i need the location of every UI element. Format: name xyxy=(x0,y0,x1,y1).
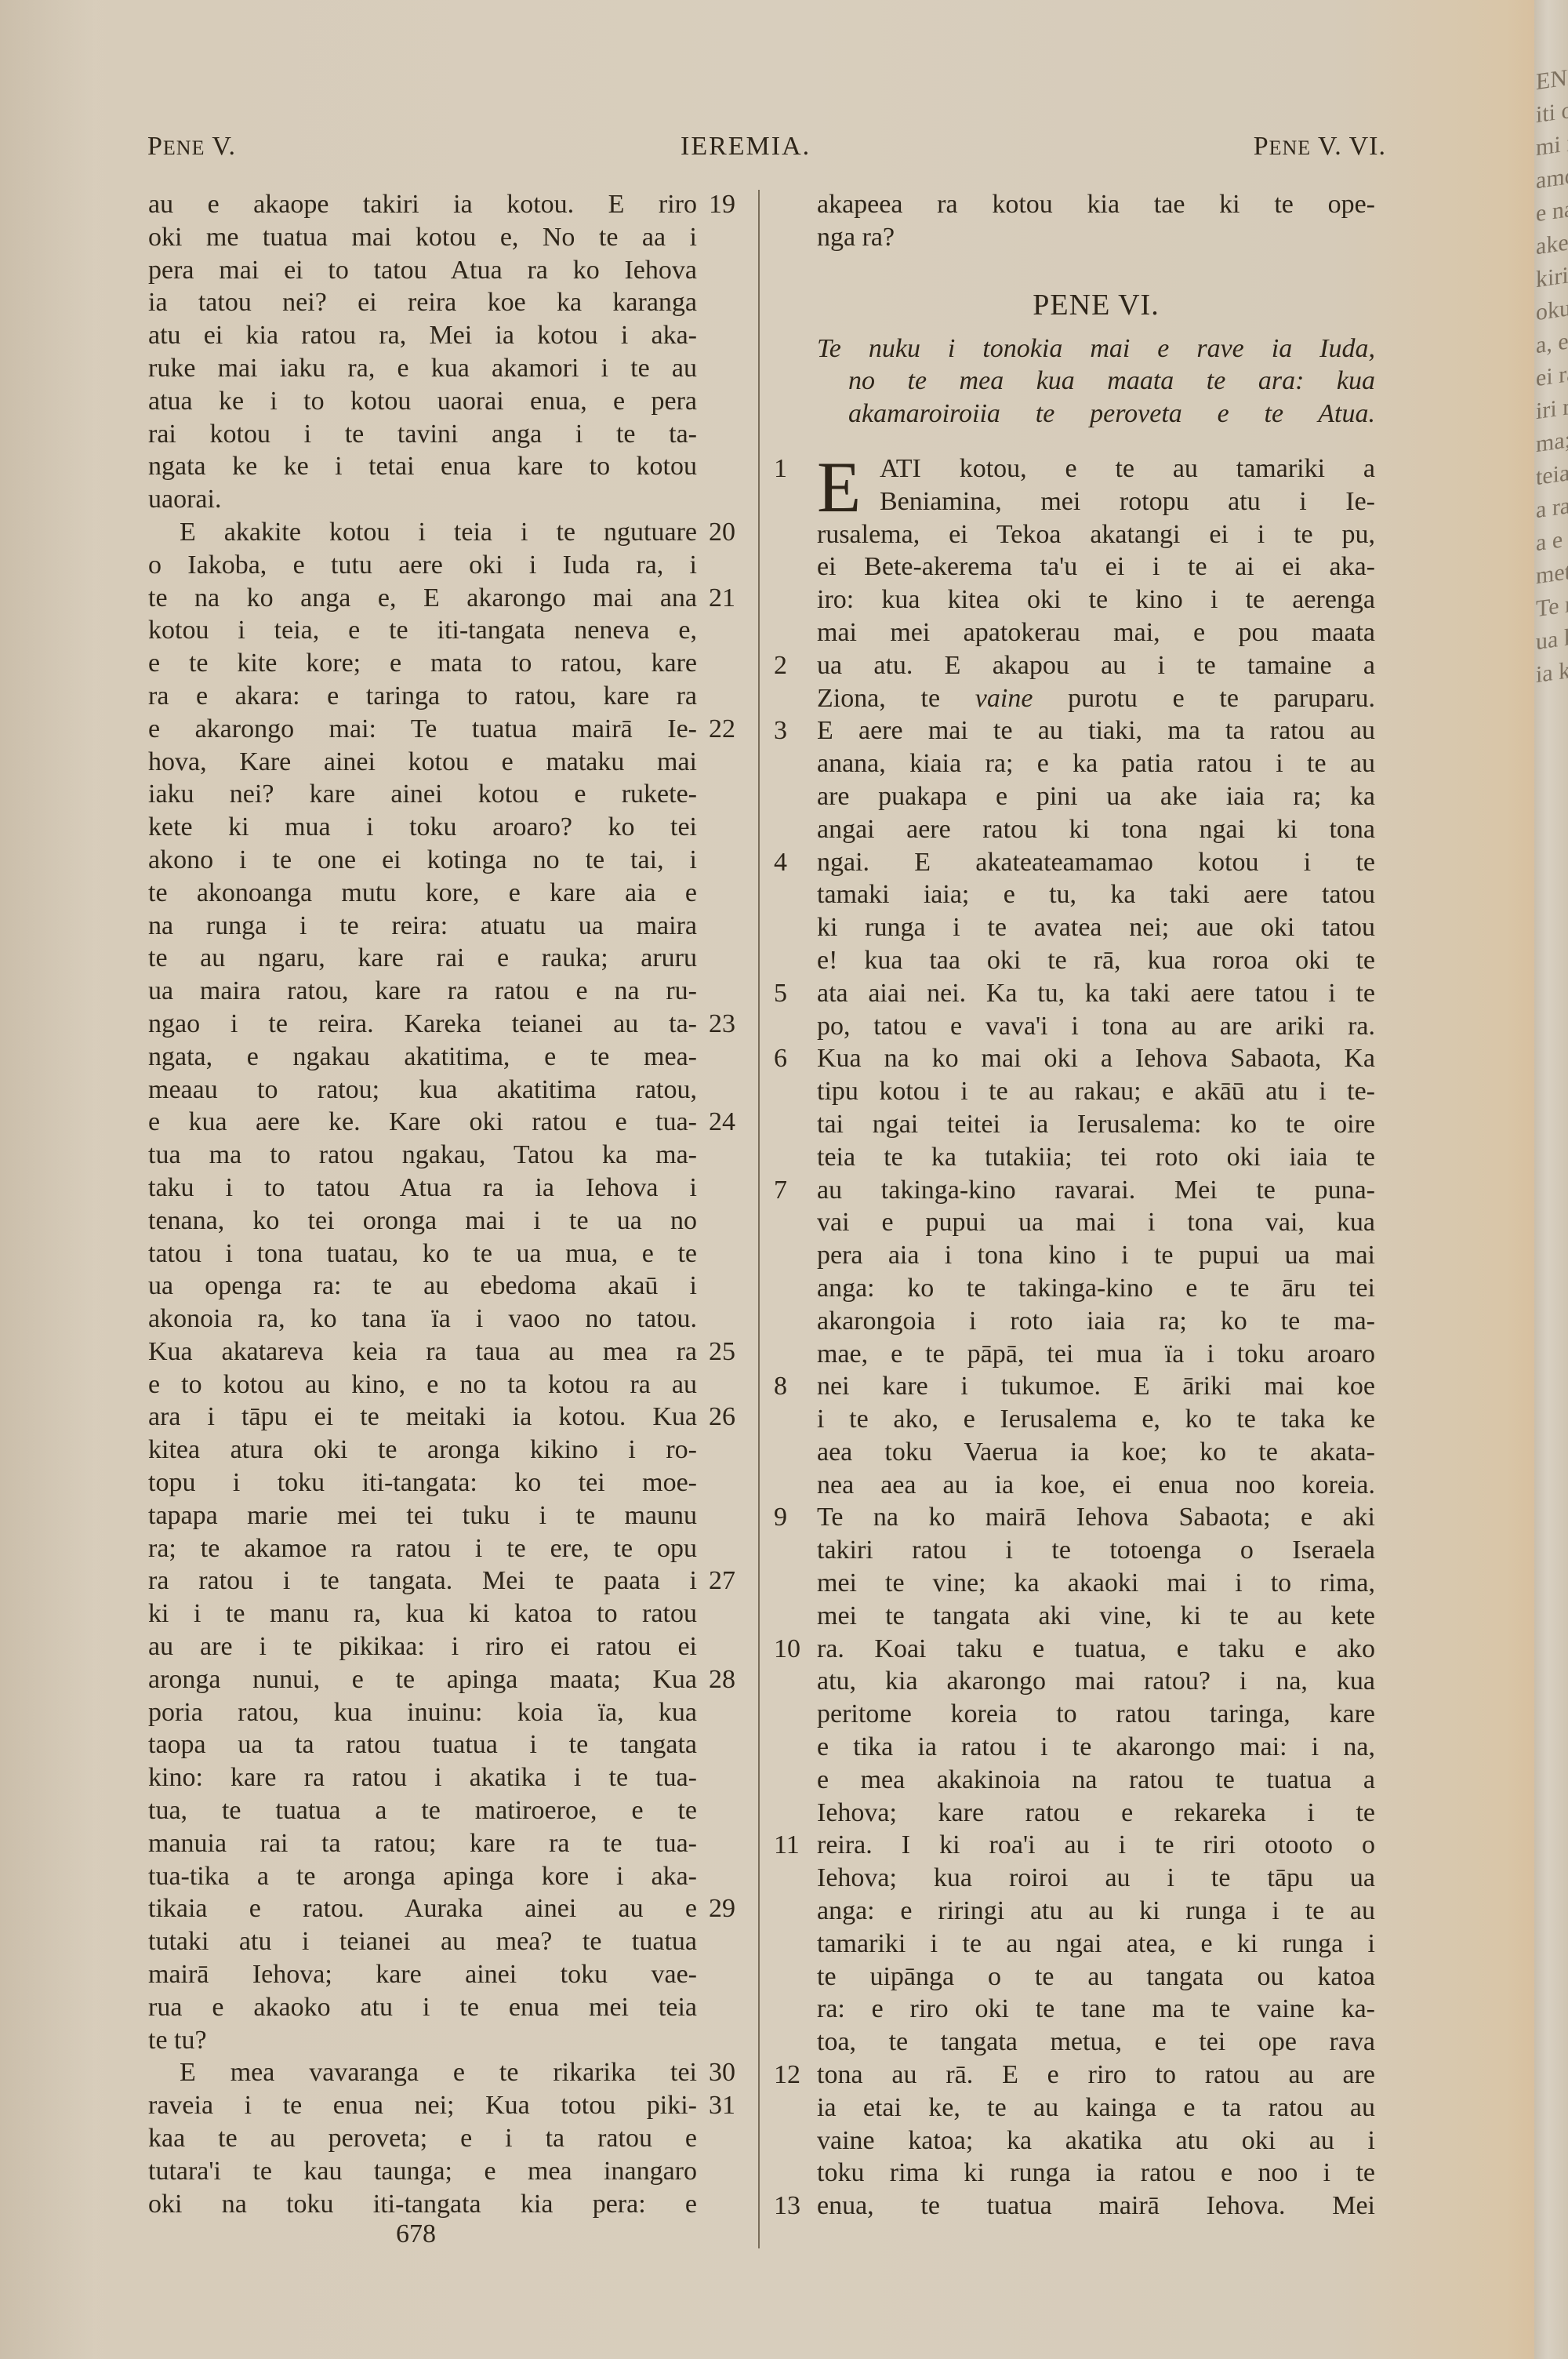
line-text: taku i to tatou Atua ra ia Iehova i xyxy=(148,1173,697,1202)
text-line: ngata ke ke i tetai enua kare to kotou xyxy=(148,450,697,483)
text-line: akonoia ra, ko tana ïa i vaoo no tatou. xyxy=(148,1303,697,1336)
chapter-6-verses: rusalema, ei Tekoa akatangi ei i te pu,e… xyxy=(817,518,1375,2223)
line-text: ra ratou i te tangata. Mei te paata i xyxy=(148,1566,697,1595)
text-line: o Iakoba, e tutu aere oki i Iuda ra, i xyxy=(148,549,697,582)
text-line: nea aea au ia koe, ei enua noo koreia. xyxy=(817,1469,1375,1502)
line-text: ei Bete-akerema ta'u ei i te ai ei aka- xyxy=(817,552,1375,581)
text-line: oki me tuatua mai kotou e, No te aa i xyxy=(148,221,697,254)
text-line: ruke mai iaku ra, e kua akamori i te au xyxy=(148,352,697,385)
line-text: vai e pupui ua mai i tona vai, kua xyxy=(817,1208,1375,1237)
chapter-5-ending: akapeea ra kotou kia tae ki te ope-nga r… xyxy=(817,188,1375,254)
text-line: uaorai. xyxy=(148,483,697,516)
text-line: Te na ko mairā Iehova Sabaota; e aki9 xyxy=(817,1501,1375,1534)
line-text: e mea akakinoia na ratou te tuatua a xyxy=(817,1765,1375,1794)
line-text: tapapa marie mei tei tuku i te maunu xyxy=(148,1501,697,1530)
line-text: atu ei kia ratou ra, Mei ia kotou i aka- xyxy=(148,321,697,350)
line-text: pera mai ei to tatou Atua ra ko Iehova xyxy=(148,256,697,285)
line-text: raveia i te enua nei; Kua totou piki- xyxy=(148,2091,697,2120)
verse-number: 24 xyxy=(709,1106,735,1139)
text-line: ra e akara: e taringa to ratou, kare ra xyxy=(148,680,697,713)
line-text: E akakite kotou i teia i te ngutuare xyxy=(180,518,697,547)
line-text: ngai. E akateateamamao kotou i te xyxy=(817,848,1375,877)
text-line: te na ko anga e, E akarongo mai ana21 xyxy=(148,582,697,615)
line-text: ngata ke ke i tetai enua kare to kotou xyxy=(148,452,697,481)
text-line: tua-tika a te aronga apinga kore i aka- xyxy=(148,1860,697,1893)
line-text: teia te ka tutakiia; tei roto oki iaia t… xyxy=(817,1143,1375,1172)
text-line: hova, Kare ainei kotou e mataku mai xyxy=(148,746,697,779)
text-line: ngata, e ngakau akatitima, e te mea- xyxy=(148,1041,697,1074)
text-line: kino: kare ra ratou i akatika i te tua- xyxy=(148,1761,697,1794)
line-text: kitea atura oki te aronga kikino i ro- xyxy=(148,1435,697,1464)
text-line: taopa ua ta ratou tuatua i te tangata xyxy=(148,1728,697,1761)
verse-number: 4 xyxy=(774,846,787,879)
text-line: anga: e riringi atu au ki runga i te au xyxy=(817,1895,1375,1928)
text-line: oki na toku iti-tangata kia pera: e xyxy=(148,2188,697,2221)
text-line: e te kite kore; e mata to ratou, kare xyxy=(148,647,697,680)
summary-line: no te mea kua maata te ara: kua xyxy=(817,365,1375,398)
text-line: E aere mai te au tiaki, ma ta ratou au3 xyxy=(817,714,1375,747)
line-text: Te na ko mairā Iehova Sabaota; e aki xyxy=(817,1503,1375,1532)
text-line: nei kare i tukumoe. E āriki mai koe8 xyxy=(817,1370,1375,1403)
line-text: rusalema, ei Tekoa akatangi ei i te pu, xyxy=(817,520,1375,549)
line-text: aronga nunui, e te apinga maata; Kua xyxy=(148,1665,697,1694)
line-text: poria ratou, kua inuinu: koia ïa, kua xyxy=(148,1698,697,1727)
text-line: reira. I ki roa'i au i te riri otooto o1… xyxy=(817,1829,1375,1862)
text-line: tamaki iaia; e tu, ka taki aere tatou xyxy=(817,878,1375,911)
summary-line: Te nuku i tonokia mai e rave ia Iuda, xyxy=(817,333,1375,365)
line-text: atu, kia akarongo mai ratou? i na, kua xyxy=(817,1667,1375,1696)
verse-number: 22 xyxy=(709,713,735,746)
text-line: ra; te akamoe ra ratou i te ere, te opu xyxy=(148,1532,697,1565)
text-line: tatou i tona tuatau, ko te ua mua, e te xyxy=(148,1238,697,1270)
line-text: tona au rā. E e riro to ratou au are xyxy=(817,2060,1375,2089)
text-line: are puakapa e pini ua ake iaia ra; ka xyxy=(817,780,1375,813)
running-head: PENE V. IEREMIA. PENE V. VI. xyxy=(147,132,1386,171)
line-text: ngao i te reira. Kareka teianei au ta- xyxy=(148,1009,697,1038)
text-line: te tu? xyxy=(148,2024,697,2057)
line-text: e kua aere ke. Kare oki ratou e tua- xyxy=(148,1107,697,1136)
text-line: ATI kotou, e te au tamariki a xyxy=(817,453,1375,485)
text-line: ra. Koai taku e tuatua, e taku e ako10 xyxy=(817,1633,1375,1666)
line-text: au e akaope takiri ia kotou. E riro xyxy=(148,190,697,219)
verse-number: 30 xyxy=(709,2056,735,2089)
line-text: mae, e te pāpā, tei mua ïa i toku aroaro xyxy=(817,1339,1375,1369)
line-text: ra e akara: e taringa to ratou, kare ra xyxy=(148,682,697,711)
line-text: te na ko anga e, E akarongo mai ana xyxy=(148,583,697,612)
line-text: oki me tuatua mai kotou e, No te aa i xyxy=(148,223,697,252)
verse-number: 13 xyxy=(774,2190,800,2223)
line-text: nea aea au ia koe, ei enua noo koreia. xyxy=(817,1470,1375,1499)
text-line: akapeea ra kotou kia tae ki te ope- xyxy=(817,188,1375,221)
text-line: peritome koreia to ratou taringa, kare xyxy=(817,1698,1375,1731)
column-divider xyxy=(758,190,760,2248)
line-text: ua maira ratou, kare ra ratou e na ru- xyxy=(148,976,697,1005)
text-line: i te ako, e Ierusalema e, ko te taka ke xyxy=(817,1403,1375,1436)
line-text: anga: e riringi atu au ki runga i te au xyxy=(817,1896,1375,1925)
line-text: kotou i teia, e te iti-tangata neneva e, xyxy=(148,616,697,645)
line-text: E aere mai te au tiaki, ma ta ratou au xyxy=(817,716,1375,745)
line-text: ua openga ra: te au ebedoma akaū i xyxy=(148,1271,697,1300)
text-line: meaau to ratou; kua akatitima ratou, xyxy=(148,1074,697,1107)
verse-number: 6 xyxy=(774,1042,787,1075)
text-line: atua ke i to kotou uaorai enua, e pera xyxy=(148,385,697,418)
text-line: au takinga-kino ravarai. Mei te puna-7 xyxy=(817,1174,1375,1207)
line-text: tua ma to ratou ngakau, Tatou ka ma- xyxy=(148,1140,697,1169)
line-text: te uipānga o te au tangata ou katoa xyxy=(817,1962,1375,1991)
text-line: anana, kiaia ra; e ka patia ratou i te a… xyxy=(817,747,1375,780)
text-line: angai aere ratou ki tona ngai ki tona xyxy=(817,813,1375,846)
line-text: takiri ratou i te totoenga o Iseraela xyxy=(817,1536,1375,1565)
text-line: Iehova; kua roiroi au i te tāpu ua xyxy=(817,1862,1375,1895)
line-text: Ziona, te vaine purotu e te paruparu. xyxy=(817,684,1375,713)
line-text: tipu kotou i te au rakau; e akāū atu i t… xyxy=(817,1077,1375,1106)
text-line: atu, kia akarongo mai ratou? i na, kua xyxy=(817,1665,1375,1698)
text-line: E mea vavaranga e te rikarika tei30 xyxy=(148,2056,697,2089)
verse-number: 9 xyxy=(774,1501,787,1534)
line-text: toa, te tangata metua, e tei ope rava xyxy=(817,2027,1375,2056)
line-text: rua e akaoko atu i te enua mei teia xyxy=(148,1993,697,2022)
line-text: o Iakoba, e tutu aere oki i Iuda ra, i xyxy=(148,551,697,580)
line-text: nga ra? xyxy=(817,223,895,252)
line-text: e te kite kore; e mata to ratou, kare xyxy=(148,649,697,678)
text-line: pera aia i tona kino i te pupui ua mai xyxy=(817,1239,1375,1272)
text-line: topu i toku iti-tangata: ko tei moe- xyxy=(148,1467,697,1499)
line-text: Kua akatareva keia ra taua au mea ra xyxy=(148,1337,697,1366)
line-text: e! kua taa oki te rā, kua roroa oki te xyxy=(817,946,1375,975)
text-line: ra ratou i te tangata. Mei te paata i27 xyxy=(148,1565,697,1598)
line-text: peritome koreia to ratou taringa, kare xyxy=(817,1699,1375,1728)
next-page-edge: ENE VIiti okimi i camorie na aake i teki… xyxy=(1534,0,1568,2359)
line-text: akono i te one ei kotinga no te tai, i xyxy=(148,845,697,874)
text-line: tenana, ko tei oronga mai i te ua no xyxy=(148,1205,697,1238)
text-line: Iehova; kare ratou e rekareka i te xyxy=(817,1797,1375,1830)
line-text: taopa ua ta ratou tuatua i te tangata xyxy=(148,1730,697,1759)
line-text: ngata, e ngakau akatitima, e te mea- xyxy=(148,1042,697,1071)
text-line: vai e pupui ua mai i tona vai, kua xyxy=(817,1206,1375,1239)
text-line: tua, te tuatua a te matiroeroe, e te xyxy=(148,1794,697,1827)
text-line: na runga i te reira: atuatu ua maira xyxy=(148,910,697,943)
verse-number: 8 xyxy=(774,1370,787,1403)
text-line: tapapa marie mei tei tuku i te maunu xyxy=(148,1499,697,1532)
line-text: iaku nei? kare ainei kotou e rukete- xyxy=(148,780,697,809)
text-line: tona au rā. E e riro to ratou au are12 xyxy=(817,2059,1375,2092)
text-line: Ziona, te vaine purotu e te paruparu. xyxy=(817,682,1375,715)
line-text: e to kotou au kino, e no ta kotou ra au xyxy=(148,1370,697,1399)
text-line: kete ki mua i toku aroaro? ko tei xyxy=(148,811,697,844)
line-text: te tu? xyxy=(148,2026,207,2055)
text-line: ei Bete-akerema ta'u ei i te ai ei aka- xyxy=(817,551,1375,583)
line-text: Iehova; kare ratou e rekareka i te xyxy=(817,1798,1375,1827)
text-line: ia etai ke, te au kainga e ta ratou au xyxy=(817,2092,1375,2125)
line-text: topu i toku iti-tangata: ko tei moe- xyxy=(148,1468,697,1497)
text-line: te au ngaru, kare rai e rauka; aruru xyxy=(148,942,697,975)
text-line: e tika ia ratou i te akarongo mai: i na, xyxy=(817,1731,1375,1764)
text-line: tutaki atu i teianei au mea? te tuatua xyxy=(148,1925,697,1958)
text-line: e! kua taa oki te rā, kua roroa oki te xyxy=(817,944,1375,977)
line-text: are puakapa e pini ua ake iaia ra; ka xyxy=(817,782,1375,811)
text-line: au e akaope takiri ia kotou. E riro19 xyxy=(148,188,697,221)
verse-number: 2 xyxy=(774,649,787,682)
text-line: ara i tāpu ei te meitaki ia kotou. Kua26 xyxy=(148,1401,697,1434)
line-text: Kua na ko mai oki a Iehova Sabaota, Ka xyxy=(817,1044,1375,1073)
left-text-column: au e akaope takiri ia kotou. E riro19oki… xyxy=(148,188,697,2220)
verse-number: 26 xyxy=(709,1401,735,1434)
line-text: ra. Koai taku e tuatua, e taku e ako xyxy=(817,1634,1375,1663)
running-head-right: PENE V. VI. xyxy=(1254,132,1386,162)
text-line: Kua na ko mai oki a Iehova Sabaota, Ka6 xyxy=(817,1042,1375,1075)
line-text: tikaia e ratou. Auraka ainei au e xyxy=(148,1894,697,1923)
line-text: te au ngaru, kare rai e rauka; aruru xyxy=(148,943,697,972)
line-text: po, tatou e vava'i i tona au are ariki r… xyxy=(817,1012,1375,1041)
verse-number: 25 xyxy=(709,1336,735,1369)
text-line: tamariki i te au ngai atea, e ki runga i xyxy=(817,1928,1375,1961)
text-line: rai kotou i te tavini anga i te ta- xyxy=(148,418,697,451)
line-text: e tika ia ratou i te akarongo mai: i na, xyxy=(817,1732,1375,1761)
verse-number: 11 xyxy=(774,1829,800,1862)
text-line: te akonoanga mutu kore, e kare aia e xyxy=(148,877,697,910)
text-line: takiri ratou i te totoenga o Iseraela xyxy=(817,1534,1375,1567)
summary-line: akamaroiroiia te peroveta e te Atua. xyxy=(817,398,1375,431)
text-line: pera mai ei to tatou Atua ra ko Iehova xyxy=(148,254,697,287)
line-text: oki na toku iti-tangata kia pera: e xyxy=(148,2190,697,2219)
text-line: akarongoia i roto iaia ra; ko te ma- xyxy=(817,1305,1375,1338)
text-line: taku i to tatou Atua ra ia Iehova i xyxy=(148,1172,697,1205)
line-text: mei te tangata aki vine, ki te au kete xyxy=(817,1601,1375,1630)
line-text: toku rima ki runga ia ratou e noo i te xyxy=(817,2158,1375,2187)
text-line: e to kotou au kino, e no ta kotou ra au xyxy=(148,1369,697,1401)
text-line: mei te vine; ka akaoki mai i to rima, xyxy=(817,1567,1375,1600)
text-line: nga ra? xyxy=(817,221,1375,254)
line-text: ua atu. E akapou au i te tamaine a xyxy=(817,651,1375,680)
text-line: ata aiai nei. Ka tu, ka taki aere tatou … xyxy=(817,977,1375,1010)
text-line: aronga nunui, e te apinga maata; Kua28 xyxy=(148,1663,697,1696)
text-line: e mea akakinoia na ratou te tuatua a xyxy=(817,1764,1375,1797)
line-text: enua, te tuatua mairā Iehova. Mei xyxy=(817,2191,1375,2220)
line-text: kete ki mua i toku aroaro? ko tei xyxy=(148,812,697,841)
text-line: tipu kotou i te au rakau; e akāū atu i t… xyxy=(817,1075,1375,1108)
verse-number: 27 xyxy=(709,1565,735,1598)
verse-number: 3 xyxy=(774,714,787,747)
text-line: ua openga ra: te au ebedoma akaū i xyxy=(148,1270,697,1303)
line-text: ara i tāpu ei te meitaki ia kotou. Kua xyxy=(148,1402,697,1431)
text-line: mairā Iehova; kare ainei toku vae- xyxy=(148,1958,697,1991)
next-page-text-fragment: ENE VIiti okimi i camorie na aake i teki… xyxy=(1536,60,1568,692)
line-text: akonoia ra, ko tana ïa i vaoo no tatou. xyxy=(148,1304,697,1333)
text-line: tai ngai teitei ia Ierusalema: ko te oir… xyxy=(817,1108,1375,1141)
text-line: akono i te one ei kotinga no te tai, i xyxy=(148,844,697,877)
text-line: poria ratou, kua inuinu: koia ïa, kua xyxy=(148,1696,697,1729)
line-text: tua, te tuatua a te matiroeroe, e te xyxy=(148,1796,697,1825)
line-text: akarongoia i roto iaia ra; ko te ma- xyxy=(817,1307,1375,1336)
text-line: kitea atura oki te aronga kikino i ro- xyxy=(148,1434,697,1467)
chapter-heading: PENE VI. xyxy=(817,278,1375,333)
line-text: e akarongo mai: Te tuatua mairā Ie- xyxy=(148,714,697,743)
text-line: Beniamina, mei rotopu atu i Ie- xyxy=(817,485,1375,518)
verse-number: 29 xyxy=(709,1892,735,1925)
line-text: manuia rai ta ratou; kare ra te tua- xyxy=(148,1829,697,1858)
line-text: tua-tika a te aronga apinga kore i aka- xyxy=(148,1862,697,1891)
line-text: ia etai ke, te au kainga e ta ratou au xyxy=(817,2093,1375,2122)
text-line: toa, te tangata metua, e tei ope rava xyxy=(817,2026,1375,2059)
line-text: reira. I ki roa'i au i te riri otooto o xyxy=(817,1830,1375,1859)
line-text: nei kare i tukumoe. E āriki mai koe xyxy=(817,1372,1375,1401)
line-text: tutaki atu i teianei au mea? te tuatua xyxy=(148,1927,697,1956)
text-line: iaku nei? kare ainei kotou e rukete- xyxy=(148,778,697,811)
verse-number: 19 xyxy=(709,188,735,221)
text-line: iro: kua kitea oki te kino i te aerenga xyxy=(817,583,1375,616)
verse-number: 31 xyxy=(709,2089,735,2122)
verse-number: 10 xyxy=(774,1633,800,1666)
line-text: i te ako, e Ierusalema e, ko te taka ke xyxy=(817,1405,1375,1434)
chapter-opening: 1 E ATI kotou, e te au tamariki aBeniami… xyxy=(817,453,1375,518)
verse-number: 12 xyxy=(774,2059,800,2092)
text-line: manuia rai ta ratou; kare ra te tua- xyxy=(148,1827,697,1860)
line-text: rai kotou i te tavini anga i te ta- xyxy=(148,420,697,449)
text-line: toku rima ki runga ia ratou e noo i te xyxy=(817,2157,1375,2190)
line-text: ia tatou nei? ei reira koe ka karanga xyxy=(148,288,697,317)
line-text: uaorai. xyxy=(148,485,221,514)
text-line: ki runga i te avatea nei; aue oki tatou xyxy=(817,911,1375,944)
page-gutter-shade xyxy=(0,0,94,2359)
text-line: e akarongo mai: Te tuatua mairā Ie-22 xyxy=(148,713,697,746)
text-line: mai mei apatokerau mai, e pou maata xyxy=(817,616,1375,649)
line-text: tai ngai teitei ia Ierusalema: ko te oir… xyxy=(817,1110,1375,1139)
line-text: tutara'i te kau taunga; e mea inangaro xyxy=(148,2157,697,2186)
line-text: anga: ko te takinga-kino e te āru tei xyxy=(817,1274,1375,1303)
line-text: tenana, ko tei oronga mai i te ua no xyxy=(148,1206,697,1235)
text-line: po, tatou e vava'i i tona au are ariki r… xyxy=(817,1010,1375,1043)
text-line: vaine katoa; ka akatika atu oki au i xyxy=(817,2125,1375,2157)
text-line: rua e akaoko atu i te enua mei teia xyxy=(148,1991,697,2024)
verse-number: 21 xyxy=(709,582,735,615)
text-line: anga: ko te takinga-kino e te āru tei xyxy=(817,1272,1375,1305)
line-text: akapeea ra kotou kia tae ki te ope- xyxy=(817,190,1375,219)
line-text: tamaki iaia; e tu, ka taki aere tatou xyxy=(817,880,1375,909)
line-text: ki runga i te avatea nei; aue oki tatou xyxy=(817,913,1375,942)
line-text: iro: kua kitea oki te kino i te aerenga xyxy=(817,585,1375,614)
line-text: aea toku Vaerua ia koe; ko te akata- xyxy=(817,1438,1375,1467)
line-text: te akonoanga mutu kore, e kare aia e xyxy=(148,878,697,907)
text-line: Kua akatareva keia ra taua au mea ra25 xyxy=(148,1336,697,1369)
text-line: enua, te tuatua mairā Iehova. Mei13 xyxy=(817,2190,1375,2223)
text-line: ki i te manu ra, kua ki katoa to ratou xyxy=(148,1598,697,1630)
line-text: au are i te pikikaa: i riro ei ratou ei xyxy=(148,1632,697,1661)
text-line: ra: e riro oki te tane ma te vaine ka- xyxy=(817,1993,1375,2026)
line-text: ra; te akamoe ra ratou i te ere, te opu xyxy=(148,1534,697,1563)
line-text: meaau to ratou; kua akatitima ratou, xyxy=(148,1075,697,1104)
line-text: vaine katoa; ka akatika atu oki au i xyxy=(817,2126,1375,2155)
text-line: te uipānga o te au tangata ou katoa xyxy=(817,1961,1375,1994)
page-number: 678 xyxy=(396,2219,436,2249)
line-text: pera aia i tona kino i te pupui ua mai xyxy=(817,1241,1375,1270)
text-line: tutara'i te kau taunga; e mea inangaro xyxy=(148,2155,697,2188)
verse-number: 23 xyxy=(709,1008,735,1041)
line-text: mei te vine; ka akaoki mai i to rima, xyxy=(817,1568,1375,1598)
line-text: mairā Iehova; kare ainei toku vae- xyxy=(148,1960,697,1989)
text-line: atu ei kia ratou ra, Mei ia kotou i aka- xyxy=(148,319,697,352)
text-line: aea toku Vaerua ia koe; ko te akata- xyxy=(817,1436,1375,1469)
line-text: ruke mai iaku ra, e kua akamori i te au xyxy=(148,354,697,383)
line-text: ki i te manu ra, kua ki katoa to ratou xyxy=(148,1599,697,1628)
line-text: au takinga-kino ravarai. Mei te puna- xyxy=(817,1176,1375,1205)
verse-number: 5 xyxy=(774,977,787,1010)
text-line: ngao i te reira. Kareka teianei au ta-23 xyxy=(148,1008,697,1041)
text-line: e kua aere ke. Kare oki ratou e tua-24 xyxy=(148,1106,697,1139)
text-line: teia te ka tutakiia; tei roto oki iaia t… xyxy=(817,1141,1375,1174)
text-line: tikaia e ratou. Auraka ainei au e29 xyxy=(148,1892,697,1925)
line-text: atua ke i to kotou uaorai enua, e pera xyxy=(148,387,697,416)
text-line: E akakite kotou i teia i te ngutuare20 xyxy=(148,516,697,549)
text-line: ua atu. E akapou au i te tamaine a2 xyxy=(817,649,1375,682)
text-line: rusalema, ei Tekoa akatangi ei i te pu, xyxy=(817,518,1375,551)
verse-number: 20 xyxy=(709,516,735,549)
line-text: na runga i te reira: atuatu ua maira xyxy=(148,911,697,940)
line-text: kaa te au peroveta; e i ta ratou e xyxy=(148,2124,697,2153)
running-head-book-title: IEREMIA. xyxy=(681,132,811,162)
chapter-summary: Te nuku i tonokia mai e rave ia Iuda,no … xyxy=(817,333,1375,431)
line-text: Iehova; kua roiroi au i te tāpu ua xyxy=(817,1863,1375,1892)
text-line: kotou i teia, e te iti-tangata neneva e, xyxy=(148,614,697,647)
text-line: ngai. E akateateamamao kotou i te4 xyxy=(817,846,1375,879)
verse-number: 1 xyxy=(774,453,787,485)
line-text: tatou i tona tuatau, ko te ua mua, e te xyxy=(148,1239,697,1268)
text-line: au are i te pikikaa: i riro ei ratou ei xyxy=(148,1630,697,1663)
text-line: ia tatou nei? ei reira koe ka karanga xyxy=(148,286,697,319)
text-line: mae, e te pāpā, tei mua ïa i toku aroaro xyxy=(817,1338,1375,1371)
line-text: kino: kare ra ratou i akatika i te tua- xyxy=(148,1763,697,1792)
line-text: anana, kiaia ra; e ka patia ratou i te a… xyxy=(817,749,1375,778)
line-text: E mea vavaranga e te rikarika tei xyxy=(180,2058,697,2087)
line-text: ata aiai nei. Ka tu, ka taki aere tatou … xyxy=(817,979,1375,1008)
line-text: angai aere ratou ki tona ngai ki tona xyxy=(817,815,1375,844)
verse-number: 7 xyxy=(774,1174,787,1207)
text-line: tua ma to ratou ngakau, Tatou ka ma- xyxy=(148,1139,697,1172)
text-line: kaa te au peroveta; e i ta ratou e xyxy=(148,2122,697,2155)
text-line: raveia i te enua nei; Kua totou piki-31 xyxy=(148,2089,697,2122)
line-text: hova, Kare ainei kotou e mataku mai xyxy=(148,747,697,776)
running-head-left: PENE V. xyxy=(147,132,236,162)
right-text-column: akapeea ra kotou kia tae ki te ope-nga r… xyxy=(817,188,1375,2223)
line-text: tamariki i te au ngai atea, e ki runga i xyxy=(817,1929,1375,1958)
verse-number: 28 xyxy=(709,1663,735,1696)
line-text: ra: e riro oki te tane ma te vaine ka- xyxy=(817,1994,1375,2023)
text-line: mei te tangata aki vine, ki te au kete xyxy=(817,1600,1375,1633)
line-text: mai mei apatokerau mai, e pou maata xyxy=(817,618,1375,647)
text-line: ua maira ratou, kare ra ratou e na ru- xyxy=(148,975,697,1008)
